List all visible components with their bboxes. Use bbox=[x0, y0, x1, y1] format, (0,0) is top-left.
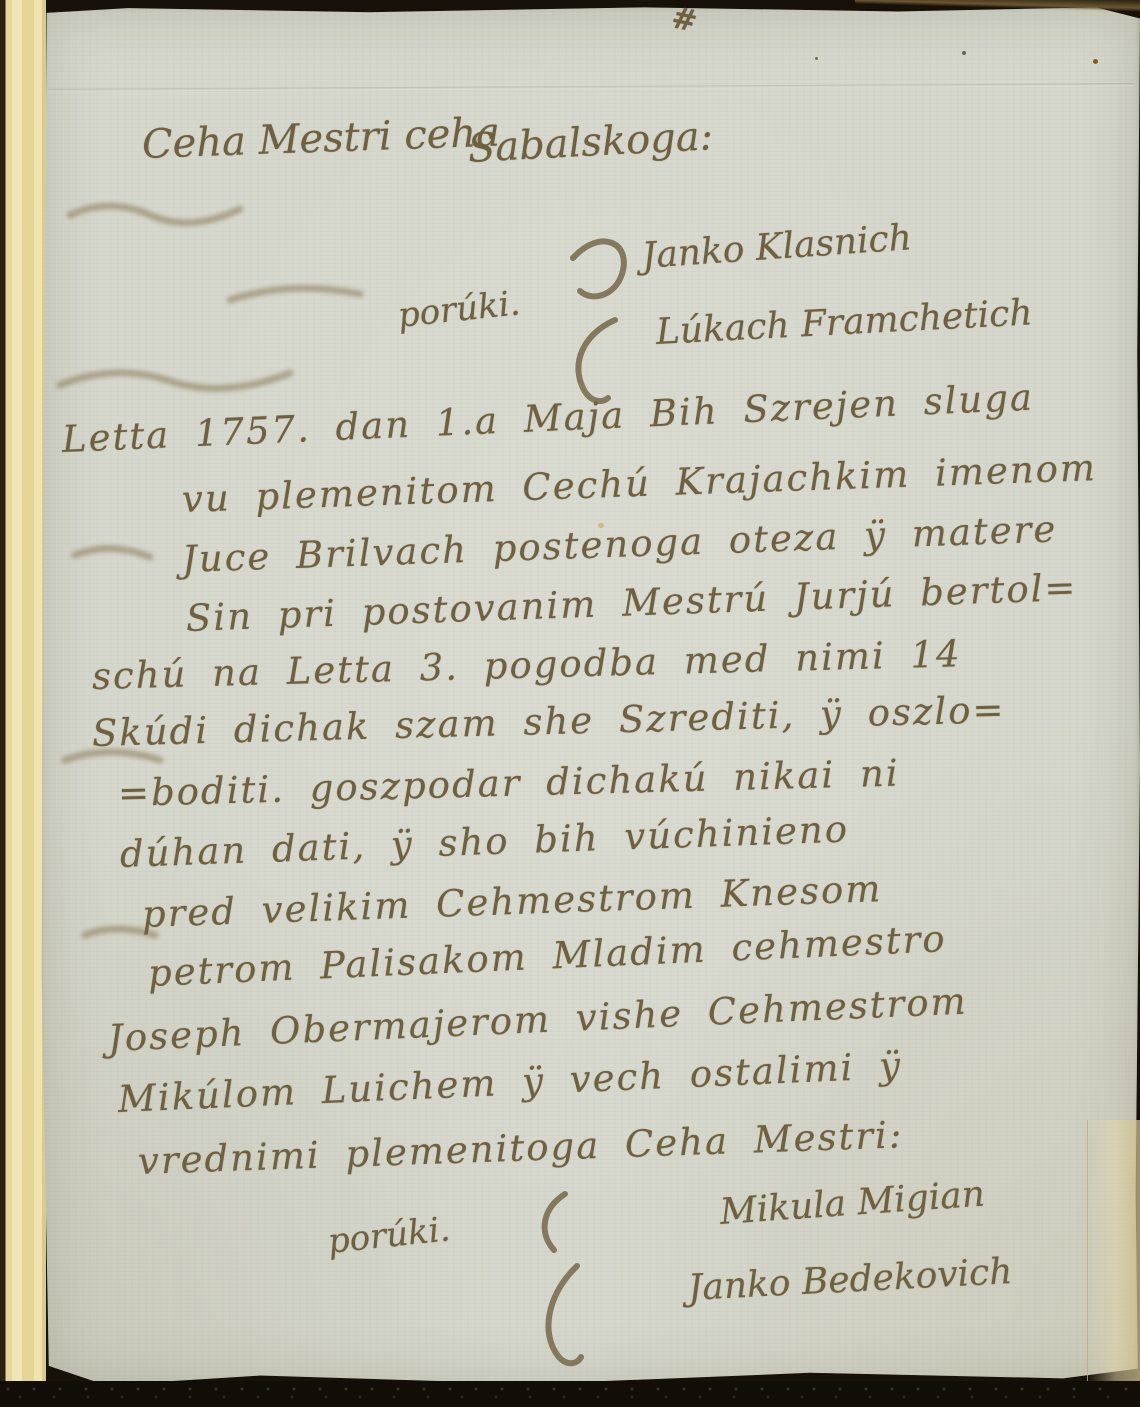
speck bbox=[815, 57, 818, 60]
manuscript-photo: # Ceha Mestri ceha Sabalskoga: porúki. J… bbox=[0, 0, 1140, 1407]
book-page-edges-left bbox=[0, 0, 46, 1390]
book-page-edges-right bbox=[1087, 1120, 1140, 1382]
speck bbox=[1093, 59, 1098, 64]
book-cover-leather bbox=[0, 1381, 1140, 1407]
speck bbox=[962, 51, 966, 55]
